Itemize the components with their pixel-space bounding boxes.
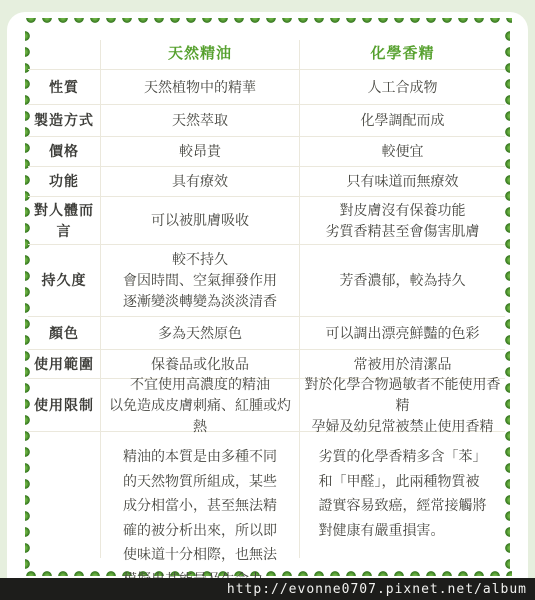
row-label-usage-range: 使用範圍 bbox=[28, 350, 100, 379]
watermark-url: http://evonne0707.pixnet.net/album bbox=[227, 582, 535, 597]
cell-price-chemical: 較便宜 bbox=[299, 137, 505, 167]
cell-nature-chemical: 人工合成物 bbox=[299, 70, 505, 105]
row-label-usage-limit: 使用限制 bbox=[28, 379, 100, 432]
cell-manufacture-chemical: 化學調配而成 bbox=[299, 105, 505, 137]
cell-nature-natural: 天然植物中的精華 bbox=[100, 70, 299, 105]
row-label-longevity: 持久度 bbox=[28, 245, 100, 317]
cell-note-natural: 精油的本質是由多種不同 的天然物質所組成，某些 成分相當小，甚至無法精 確的被分… bbox=[100, 432, 299, 558]
cell-function-natural: 具有療效 bbox=[100, 167, 299, 197]
cell-human-body-natural: 可以被肌膚吸收 bbox=[100, 197, 299, 245]
leaf-border-top bbox=[23, 18, 512, 26]
header-empty-cell bbox=[28, 40, 100, 70]
cell-color-chemical: 可以調出漂亮鮮豔的色彩 bbox=[299, 317, 505, 350]
column-header-chemical-fragrance: 化學香精 bbox=[299, 40, 505, 70]
row-label-nature: 性質 bbox=[28, 70, 100, 105]
cell-usage-limit-chemical: 對於化學合物過敏者不能使用香精 孕婦及幼兒常被禁止使用香精 bbox=[299, 379, 505, 432]
cell-human-body-chemical: 對皮膚沒有保養功能 劣質香精甚至會傷害肌膚 bbox=[299, 197, 505, 245]
cell-color-natural: 多為天然原色 bbox=[100, 317, 299, 350]
row-label-human-body: 對人體而言 bbox=[28, 197, 100, 245]
column-header-natural-oil: 天然精油 bbox=[100, 40, 299, 70]
cell-note-chemical: 劣質的化學香精多含「苯」 和「甲醛」，此兩種物質被 證實容易致癌，經常接觸將 對… bbox=[299, 432, 505, 558]
cell-longevity-chemical: 芳香濃郁，較為持久 bbox=[299, 245, 505, 317]
row-label-price: 價格 bbox=[28, 137, 100, 167]
cell-function-chemical: 只有味道而無療效 bbox=[299, 167, 505, 197]
cell-price-natural: 較昂貴 bbox=[100, 137, 299, 167]
row-label-function: 功能 bbox=[28, 167, 100, 197]
cell-usage-limit-natural: 不宜使用高濃度的精油 以免造成皮膚刺痛、紅腫或灼熱 bbox=[100, 379, 299, 432]
watermark-bar: http://evonne0707.pixnet.net/album bbox=[0, 578, 535, 600]
row-label-color: 顏色 bbox=[28, 317, 100, 350]
row-label-manufacture: 製造方式 bbox=[28, 105, 100, 137]
comparison-card: 天然精油 化學香精 性質 天然植物中的精華 人工合成物 製造方式 天然萃取 化學… bbox=[7, 12, 528, 600]
cell-manufacture-natural: 天然萃取 bbox=[100, 105, 299, 137]
row-label-note bbox=[28, 432, 100, 558]
comparison-table: 天然精油 化學香精 性質 天然植物中的精華 人工合成物 製造方式 天然萃取 化學… bbox=[28, 40, 505, 558]
cell-longevity-natural: 較不持久 會因時間、空氣揮發作用 逐漸變淡轉變為淡淡清香 bbox=[100, 245, 299, 317]
